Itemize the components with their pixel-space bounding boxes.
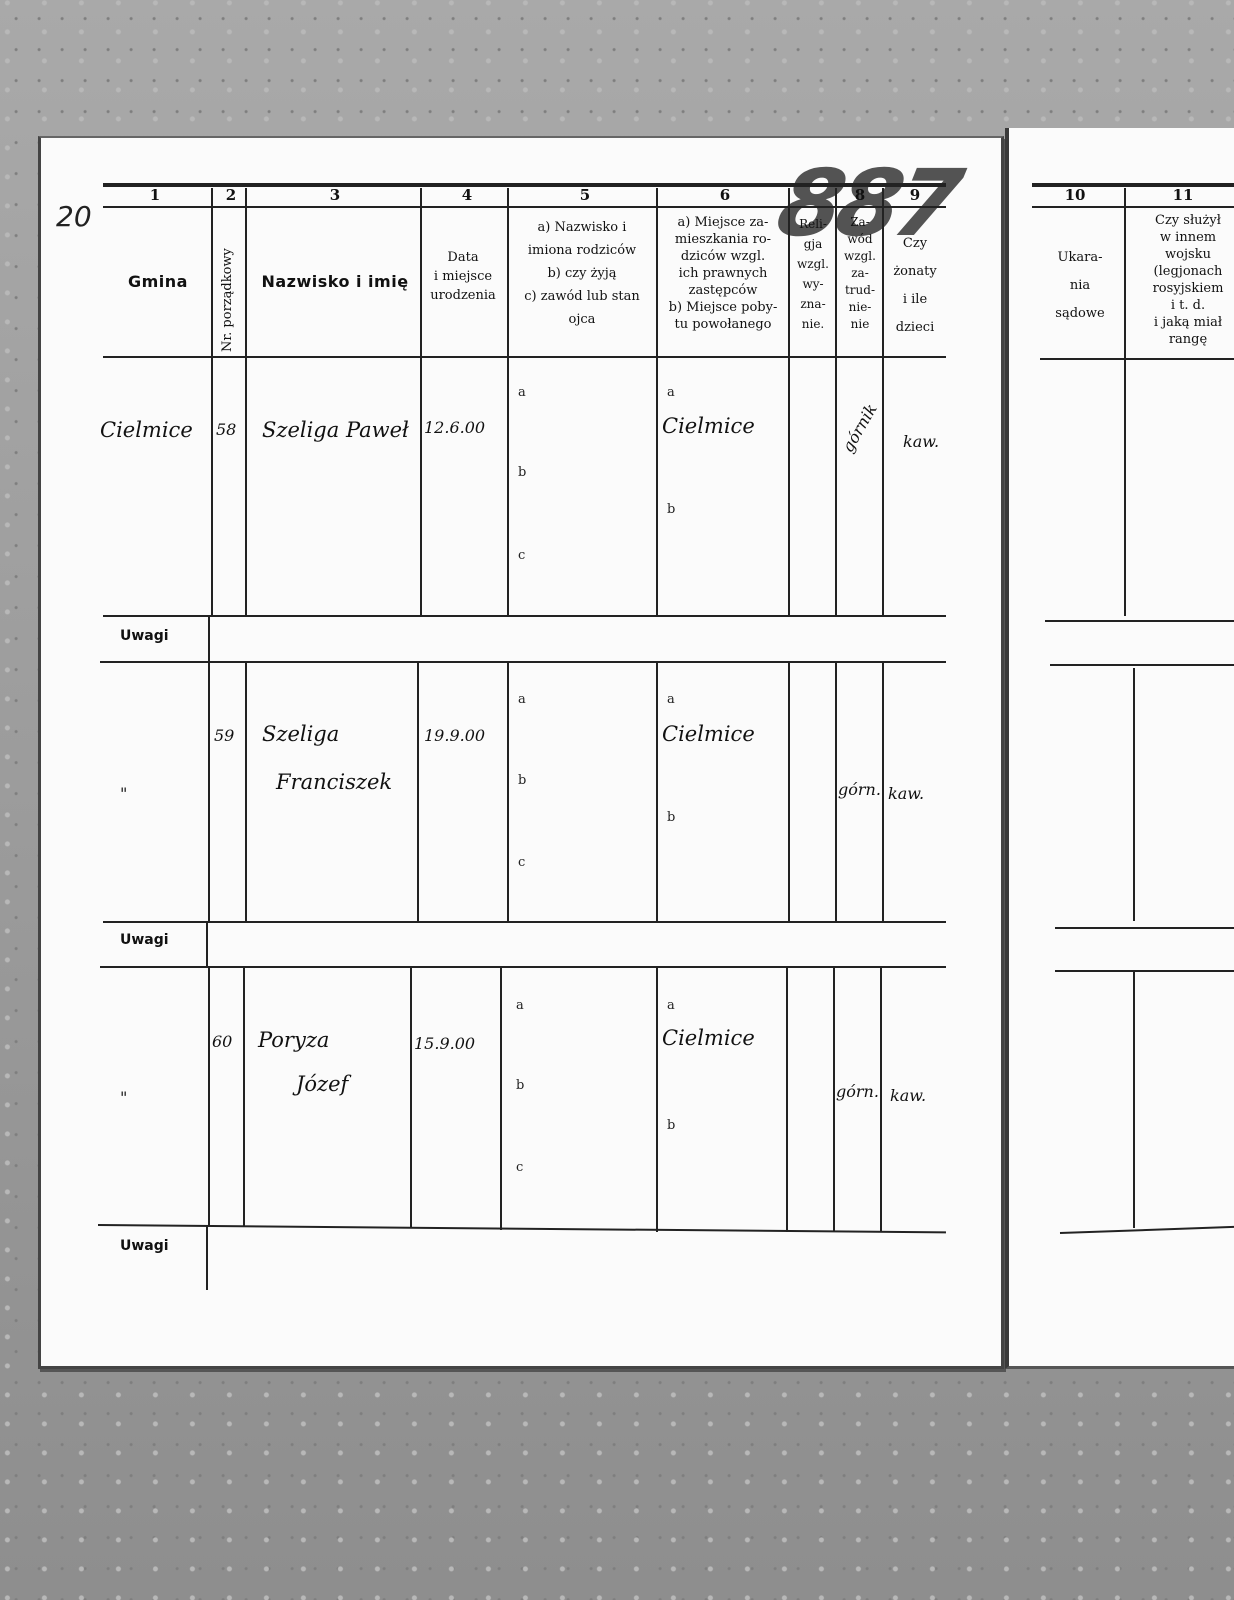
remarks-divider xyxy=(206,923,208,967)
header-line: zastępców xyxy=(658,282,788,299)
entry-2-name-line1: Szeliga xyxy=(262,722,339,746)
column-number-8: 8 xyxy=(845,186,875,204)
header-bottom-rule xyxy=(103,356,946,358)
col-divider xyxy=(208,968,210,1226)
column-number-9: 9 xyxy=(900,186,930,204)
header-gmina: Gmina xyxy=(108,272,208,291)
col-divider xyxy=(245,188,247,616)
header-line: nie- xyxy=(837,299,883,316)
entry-2-nr: 59 xyxy=(214,726,234,745)
header-military: Czy służył w innem wojsku (legjonach ros… xyxy=(1128,212,1234,348)
entry-2-name-line2: Franciszek xyxy=(276,770,392,794)
col-divider xyxy=(656,188,658,616)
header-line: wzgl. xyxy=(790,254,836,274)
column-number-4: 4 xyxy=(452,186,482,204)
col-divider xyxy=(420,188,422,616)
right-rule xyxy=(1045,620,1234,622)
entry-1-nr: 58 xyxy=(216,420,236,439)
column-number-3: 3 xyxy=(320,186,350,204)
entry-2-label-c: c xyxy=(518,855,525,870)
entry-2-residence-a: a xyxy=(667,692,675,707)
header-line: a) Nazwisko i xyxy=(508,216,656,239)
col-divider xyxy=(835,663,837,921)
entry-3-label-c: c xyxy=(516,1160,523,1175)
header-line: Za- xyxy=(837,214,883,231)
header-line: i t. d. xyxy=(1128,297,1234,314)
entry-3-residence-a: a xyxy=(667,998,675,1013)
header-line: wzgl. xyxy=(837,248,883,265)
header-line: b) Miejsce poby- xyxy=(658,299,788,316)
header-line: wojsku xyxy=(1128,246,1234,263)
header-line: mieszkania ro- xyxy=(658,231,788,248)
col-divider xyxy=(208,663,210,921)
col-divider xyxy=(788,663,790,921)
header-parents: a) Nazwisko i imiona rodziców b) czy żyj… xyxy=(508,216,656,331)
right-header-bottom-rule xyxy=(1040,358,1234,360)
header-line: nie xyxy=(837,316,883,333)
header-marital: Czy żonaty i ile dzieci xyxy=(884,230,946,342)
column-number-2: 2 xyxy=(216,186,246,204)
entry-1-marital: kaw. xyxy=(903,432,939,451)
header-line: w innem xyxy=(1128,229,1234,246)
header-line: dzieci xyxy=(884,314,946,342)
remarks-divider xyxy=(206,1226,208,1290)
header-line: Czy xyxy=(884,230,946,258)
remarks-divider xyxy=(208,617,210,661)
col-divider xyxy=(882,663,884,921)
header-line: imiona rodziców xyxy=(508,239,656,262)
column-number-10: 10 xyxy=(1060,186,1090,204)
entry-1-label-b: b xyxy=(518,465,526,480)
entry-2-label-a: a xyxy=(518,692,526,707)
header-line: wy- xyxy=(790,274,836,294)
entry-3-residence-b: b xyxy=(667,1118,675,1133)
entry-3-top-rule xyxy=(100,966,946,968)
col-divider xyxy=(656,663,658,921)
header-occupation: Za- wód wzgl. za- trud- nie- nie xyxy=(837,214,883,333)
entry-1-label-c: c xyxy=(518,548,525,563)
entry-1-birth-date: 12.6.00 xyxy=(424,418,485,437)
entry-2-remarks-label: Uwagi xyxy=(120,932,169,948)
header-line: żonaty xyxy=(884,258,946,286)
entry-2-residence-b: b xyxy=(667,810,675,825)
entry-3-name-line2: Józef xyxy=(296,1072,348,1096)
entry-2-label-b: b xyxy=(518,773,526,788)
col-divider xyxy=(410,968,412,1228)
entry-1-label-a: a xyxy=(518,385,526,400)
col-divider xyxy=(788,188,790,616)
entry-3-gmina-ditto: " xyxy=(120,1088,127,1107)
entry-3-marital: kaw. xyxy=(890,1086,926,1105)
header-birth: Data i miejsce urodzenia xyxy=(422,248,504,305)
header-line: b) czy żyją xyxy=(508,262,656,285)
column-number-11: 11 xyxy=(1168,186,1198,204)
col-divider xyxy=(500,968,502,1230)
header-nr-porzadkowy: Nr. porządkowy xyxy=(220,248,235,352)
right-rule xyxy=(1055,970,1234,972)
col-divider xyxy=(882,188,884,616)
header-line: Ukara- xyxy=(1040,244,1120,272)
entry-3-birth-date: 15.9.00 xyxy=(414,1034,475,1053)
col-divider xyxy=(1133,668,1135,921)
col-divider xyxy=(211,188,213,616)
column-number-6: 6 xyxy=(710,186,740,204)
entry-3-label-b: b xyxy=(516,1078,524,1093)
header-religion: Reli- gja wzgl. wy- zna- nie. xyxy=(790,214,836,334)
header-line: gja xyxy=(790,234,836,254)
col-divider xyxy=(245,663,247,921)
header-line: nia xyxy=(1040,272,1120,300)
header-line: a) Miejsce za- xyxy=(658,214,788,231)
entry-3-remarks-label: Uwagi xyxy=(120,1238,169,1254)
header-line: tu powołanego xyxy=(658,316,788,333)
header-line: wód xyxy=(837,231,883,248)
header-line: dziców wzgl. xyxy=(658,248,788,265)
entry-2-top-rule xyxy=(100,661,946,663)
col-divider xyxy=(835,188,837,616)
entry-2-occupation: górn. xyxy=(838,780,881,799)
right-rule xyxy=(1050,664,1234,666)
column-number-5: 5 xyxy=(570,186,600,204)
header-line: za- xyxy=(837,265,883,282)
col-divider xyxy=(786,968,788,1232)
header-line: zna- xyxy=(790,294,836,314)
right-column-number-rule xyxy=(1032,206,1234,208)
entry-2-parents-residence: Cielmice xyxy=(662,722,755,746)
col-divider xyxy=(507,663,509,921)
column-number-rule xyxy=(103,206,946,208)
entry-1-gmina: Cielmice xyxy=(100,418,193,442)
header-line: ojca xyxy=(508,308,656,331)
header-line: Reli- xyxy=(790,214,836,234)
entry-2-gmina-ditto: " xyxy=(120,784,127,803)
entry-1-parents-residence: Cielmice xyxy=(662,414,755,438)
header-line: trud- xyxy=(837,282,883,299)
header-line: c) zawód lub stan xyxy=(508,285,656,308)
col-divider xyxy=(417,663,419,921)
entry-1-name: Szeliga Paweł xyxy=(262,418,409,442)
entry-3-occupation: górn. xyxy=(836,1082,879,1101)
col-divider xyxy=(656,968,658,1232)
entry-2-marital: kaw. xyxy=(888,784,924,803)
header-line: sądowe xyxy=(1040,300,1120,328)
header-line: rangę xyxy=(1128,331,1234,348)
header-line: urodzenia xyxy=(422,286,504,305)
col-divider xyxy=(1124,188,1126,616)
page-number: 20 xyxy=(56,200,92,233)
header-line: nie. xyxy=(790,314,836,334)
col-divider xyxy=(507,188,509,616)
header-line: Czy służył xyxy=(1128,212,1234,229)
col-divider xyxy=(833,968,835,1232)
col-divider xyxy=(243,968,245,1226)
col-divider xyxy=(880,968,882,1232)
entry-3-label-a: a xyxy=(516,998,524,1013)
right-rule xyxy=(1055,927,1234,929)
entry-1-residence-b: b xyxy=(667,502,675,517)
entry-2-bottom-rule xyxy=(103,921,946,923)
header-line: i jaką miał xyxy=(1128,314,1234,331)
header-line: i ile xyxy=(884,286,946,314)
header-line: rosyjskiem xyxy=(1128,280,1234,297)
entry-1-remarks-label: Uwagi xyxy=(120,628,169,644)
header-residence: a) Miejsce za- mieszkania ro- dziców wzg… xyxy=(658,214,788,333)
header-line: ich prawnych xyxy=(658,265,788,282)
col-divider xyxy=(1133,972,1135,1228)
entry-1-residence-a: a xyxy=(667,385,675,400)
column-number-1: 1 xyxy=(140,186,170,204)
header-convictions: Ukara- nia sądowe xyxy=(1040,244,1120,328)
header-line: Data xyxy=(422,248,504,267)
entry-3-name-line1: Poryza xyxy=(258,1028,329,1052)
entry-1-bottom-rule xyxy=(103,615,946,617)
entry-2-birth-date: 19.9.00 xyxy=(424,726,485,745)
header-nazwisko: Nazwisko i imię xyxy=(250,272,420,291)
header-line: (legjonach xyxy=(1128,263,1234,280)
entry-3-nr: 60 xyxy=(212,1032,232,1051)
entry-3-parents-residence: Cielmice xyxy=(662,1026,755,1050)
header-line: i miejsce xyxy=(422,267,504,286)
